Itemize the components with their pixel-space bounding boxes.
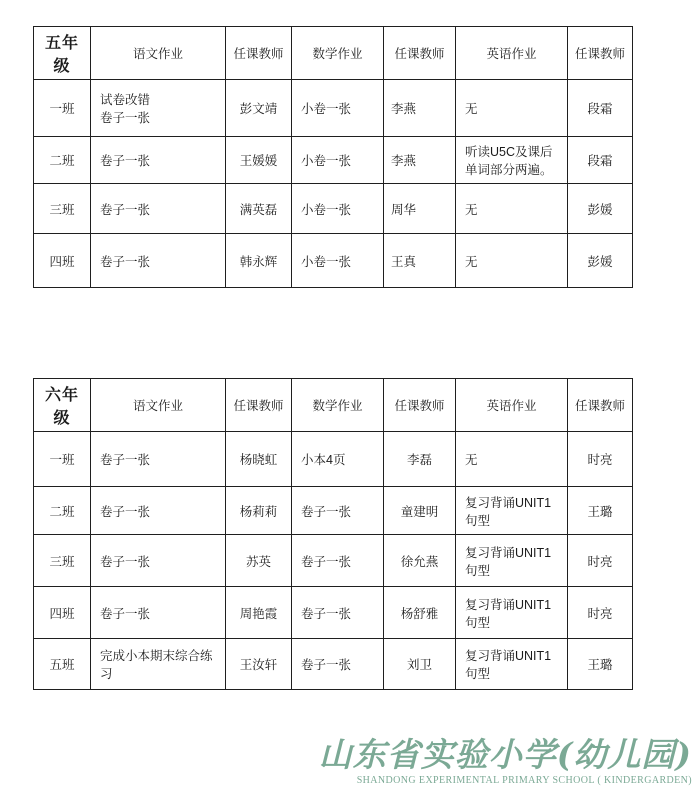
class-label: 四班 <box>34 587 91 639</box>
col-header-english-homework: 英语作业 <box>456 379 568 432</box>
chinese-homework-cell: 试卷改错 卷子一张 <box>91 80 226 137</box>
math-teacher-cell: 李磊 <box>384 432 456 487</box>
math-teacher-cell: 李燕 <box>384 80 456 137</box>
table-row: 二班 卷子一张 杨莉莉 卷子一张 童建明 复习背诵UNIT1句型 王璐 <box>34 487 633 535</box>
table-row: 一班 试卷改错 卷子一张 彭文靖 小卷一张 李燕 无 段霜 <box>34 80 633 137</box>
class-label: 三班 <box>34 184 91 234</box>
english-teacher-cell: 王璐 <box>568 639 633 690</box>
math-homework-cell: 卷子一张 <box>292 639 384 690</box>
math-teacher-cell: 李燕 <box>384 137 456 184</box>
english-homework-cell: 听读U5C及课后单词部分两遍。 <box>456 137 568 184</box>
class-label: 二班 <box>34 487 91 535</box>
table-row: 二班 卷子一张 王媛媛 小卷一张 李燕 听读U5C及课后单词部分两遍。 段霜 <box>34 137 633 184</box>
col-header-math-teacher: 任课教师 <box>384 379 456 432</box>
grade5-label: 五年级 <box>34 27 91 80</box>
english-teacher-cell: 王璐 <box>568 487 633 535</box>
chinese-teacher-cell: 杨莉莉 <box>226 487 292 535</box>
col-header-english-teacher: 任课教师 <box>568 379 633 432</box>
math-homework-cell: 小卷一张 <box>292 137 384 184</box>
chinese-homework-cell: 卷子一张 <box>91 234 226 288</box>
col-header-math-teacher: 任课教师 <box>384 27 456 80</box>
english-homework-cell: 复习背诵UNIT1句型 <box>456 639 568 690</box>
col-header-chinese-teacher: 任课教师 <box>226 379 292 432</box>
school-logo: 山东省实验小学(幼儿园) SHANDONG EXPERIMENTAL PRIMA… <box>319 736 692 786</box>
table-row: 三班 卷子一张 满英磊 小卷一张 周华 无 彭媛 <box>34 184 633 234</box>
english-homework-cell: 复习背诵UNIT1句型 <box>456 587 568 639</box>
math-teacher-cell: 童建明 <box>384 487 456 535</box>
table-row: 三班 卷子一张 苏英 卷子一张 徐允燕 复习背诵UNIT1句型 时亮 <box>34 535 633 587</box>
chinese-teacher-cell: 苏英 <box>226 535 292 587</box>
col-header-math-homework: 数学作业 <box>292 27 384 80</box>
grade5-homework-table: 五年级 语文作业 任课教师 数学作业 任课教师 英语作业 任课教师 一班 试卷改… <box>33 26 633 288</box>
chinese-homework-cell: 卷子一张 <box>91 587 226 639</box>
col-header-chinese-homework: 语文作业 <box>91 27 226 80</box>
table-row: 四班 卷子一张 韩永辉 小卷一张 王真 无 彭媛 <box>34 234 633 288</box>
chinese-homework-cell: 卷子一张 <box>91 184 226 234</box>
chinese-homework-cell: 卷子一张 <box>91 432 226 487</box>
english-homework-cell: 复习背诵UNIT1句型 <box>456 535 568 587</box>
col-header-chinese-teacher: 任课教师 <box>226 27 292 80</box>
math-homework-cell: 小卷一张 <box>292 234 384 288</box>
english-homework-cell: 无 <box>456 432 568 487</box>
grade5-header-row: 五年级 语文作业 任课教师 数学作业 任课教师 英语作业 任课教师 <box>34 27 633 80</box>
math-homework-cell: 卷子一张 <box>292 487 384 535</box>
class-label: 三班 <box>34 535 91 587</box>
english-homework-cell: 无 <box>456 80 568 137</box>
english-teacher-cell: 段霜 <box>568 80 633 137</box>
chinese-teacher-cell: 杨晓虹 <box>226 432 292 487</box>
chinese-homework-cell: 卷子一张 <box>91 137 226 184</box>
english-teacher-cell: 彭媛 <box>568 234 633 288</box>
table-row: 四班 卷子一张 周艳霞 卷子一张 杨舒雅 复习背诵UNIT1句型 时亮 <box>34 587 633 639</box>
chinese-teacher-cell: 王汝轩 <box>226 639 292 690</box>
english-homework-cell: 复习背诵UNIT1句型 <box>456 487 568 535</box>
math-homework-cell: 小本4页 <box>292 432 384 487</box>
col-header-chinese-homework: 语文作业 <box>91 379 226 432</box>
grade6-label: 六年级 <box>34 379 91 432</box>
math-teacher-cell: 周华 <box>384 184 456 234</box>
class-label: 一班 <box>34 432 91 487</box>
math-teacher-cell: 刘卫 <box>384 639 456 690</box>
english-teacher-cell: 时亮 <box>568 432 633 487</box>
col-header-english-homework: 英语作业 <box>456 27 568 80</box>
math-teacher-cell: 王真 <box>384 234 456 288</box>
math-homework-cell: 小卷一张 <box>292 184 384 234</box>
math-homework-cell: 卷子一张 <box>292 587 384 639</box>
english-teacher-cell: 彭媛 <box>568 184 633 234</box>
chinese-teacher-cell: 满英磊 <box>226 184 292 234</box>
english-homework-cell: 无 <box>456 234 568 288</box>
chinese-teacher-cell: 周艳霞 <box>226 587 292 639</box>
table-row: 一班 卷子一张 杨晓虹 小本4页 李磊 无 时亮 <box>34 432 633 487</box>
math-homework-cell: 小卷一张 <box>292 80 384 137</box>
class-label: 二班 <box>34 137 91 184</box>
table-row: 五班 完成小本期末综合练习 王汝轩 卷子一张 刘卫 复习背诵UNIT1句型 王璐 <box>34 639 633 690</box>
class-label: 四班 <box>34 234 91 288</box>
chinese-teacher-cell: 彭文靖 <box>226 80 292 137</box>
chinese-homework-cell: 完成小本期末综合练习 <box>91 639 226 690</box>
school-name-chinese: 山东省实验小学(幼儿园) <box>319 736 692 774</box>
chinese-teacher-cell: 王媛媛 <box>226 137 292 184</box>
english-homework-cell: 无 <box>456 184 568 234</box>
grade6-header-row: 六年级 语文作业 任课教师 数学作业 任课教师 英语作业 任课教师 <box>34 379 633 432</box>
english-teacher-cell: 时亮 <box>568 587 633 639</box>
math-homework-cell: 卷子一张 <box>292 535 384 587</box>
class-label: 一班 <box>34 80 91 137</box>
col-header-math-homework: 数学作业 <box>292 379 384 432</box>
english-teacher-cell: 时亮 <box>568 535 633 587</box>
math-teacher-cell: 杨舒雅 <box>384 587 456 639</box>
class-label: 五班 <box>34 639 91 690</box>
chinese-homework-cell: 卷子一张 <box>91 487 226 535</box>
english-teacher-cell: 段霜 <box>568 137 633 184</box>
col-header-english-teacher: 任课教师 <box>568 27 633 80</box>
chinese-homework-cell: 卷子一张 <box>91 535 226 587</box>
chinese-teacher-cell: 韩永辉 <box>226 234 292 288</box>
school-name-english: SHANDONG EXPERIMENTAL PRIMARY SCHOOL ( K… <box>319 775 692 786</box>
math-teacher-cell: 徐允燕 <box>384 535 456 587</box>
grade6-homework-table: 六年级 语文作业 任课教师 数学作业 任课教师 英语作业 任课教师 一班 卷子一… <box>33 378 633 690</box>
